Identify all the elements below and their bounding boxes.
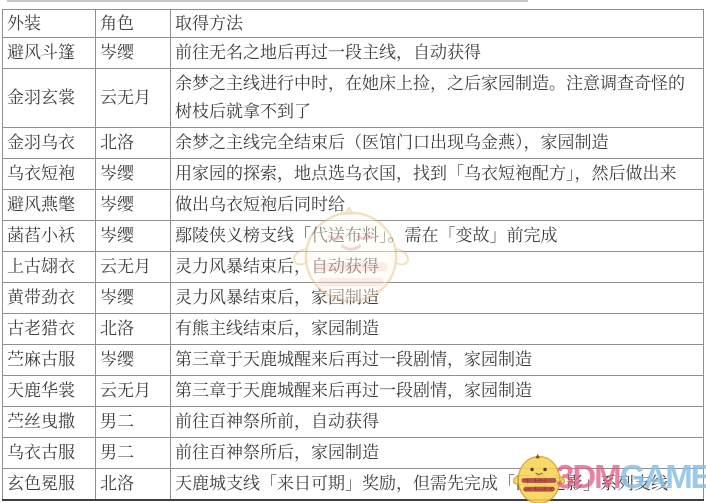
outfit-cell: 金羽乌衣 (3, 128, 96, 159)
outfit-cell: 古老猎衣 (3, 314, 96, 345)
character-cell: 北洛 (96, 128, 171, 159)
table-row: 古老猎衣 北洛 有熊主线结束后，家园制造 (3, 314, 704, 345)
table-row: 避风斗篷 岑缨 前往无名之地后再过一段主线，自动获得 (3, 38, 704, 69)
table-row: 天鹿华裳 云无月 第三章于天鹿城醒来后再过一段剧情，家园制造 (3, 376, 704, 407)
method-cell: 前往无名之地后再过一段主线，自动获得 (171, 38, 704, 69)
character-cell: 岑缨 (96, 190, 171, 221)
table-row: 金羽乌衣 北洛 余梦之主线完全结束后（医馆门口出现乌金燕），家园制造 (3, 128, 704, 159)
method-cell: 鄢陵侠义榜支线「代送布料」。需在「变故」前完成 (171, 221, 704, 252)
character-cell: 男二 (96, 438, 171, 469)
outfit-cell: 玄色冕服 (3, 469, 96, 501)
method-cell: 灵力风暴结束后，自动获得 (171, 252, 704, 283)
table-row: 避风燕氅 岑缨 做出乌衣短袍后同时给 (3, 190, 704, 221)
table-row: 上古翃衣 云无月 灵力风暴结束后，自动获得 (3, 252, 704, 283)
outfit-cell: 菡萏小袄 (3, 221, 96, 252)
table-row: 玄色冕服 北洛 天鹿城支线「来日可期」奖励，但需先完成「巨兽之影」系列支线 (3, 469, 704, 501)
outfit-cell: 金羽玄裳 (3, 69, 96, 128)
character-cell: 云无月 (96, 252, 171, 283)
table-row: 黄带劲衣 岑缨 灵力风暴结束后，家园制造 (3, 283, 704, 314)
method-cell: 有熊主线结束后，家园制造 (171, 314, 704, 345)
header-outfit: 外装 (3, 10, 96, 38)
method-cell: 前往百神祭所前，自动获得 (171, 407, 704, 438)
outfit-cell: 黄带劲衣 (3, 283, 96, 314)
page: { "table": { "columns": [ {"label": "外装"… (0, 0, 706, 503)
outfit-cell: 天鹿华裳 (3, 376, 96, 407)
method-cell: 灵力风暴结束后，家园制造 (171, 283, 704, 314)
table-row: 菡萏小袄 岑缨 鄢陵侠义榜支线「代送布料」。需在「变故」前完成 (3, 221, 704, 252)
method-cell: 前往百神祭所后，家园制造 (171, 438, 704, 469)
table-row: 乌衣短袍 岑缨 用家园的探索，地点选乌衣国，找到「乌衣短袍配方」，然后做出来 (3, 159, 704, 190)
outfit-cell: 苎麻古服 (3, 345, 96, 376)
method-cell: 第三章于天鹿城醒来后再过一段剧情，家园制造 (171, 345, 704, 376)
character-cell: 北洛 (96, 469, 171, 501)
method-cell: 第三章于天鹿城醒来后再过一段剧情，家园制造 (171, 376, 704, 407)
character-cell: 岑缨 (96, 38, 171, 69)
table-row: 金羽玄裳 云无月 余梦之主线进行中时，在她床上捡，之后家园制造。注意调查奇怪的树… (3, 69, 704, 128)
table-row: 乌衣古服 男二 前往百神祭所后，家园制造 (3, 438, 704, 469)
header-method: 取得方法 (171, 10, 704, 38)
method-cell: 做出乌衣短袍后同时给 (171, 190, 704, 221)
character-cell: 岑缨 (96, 345, 171, 376)
method-cell: 余梦之主线进行中时，在她床上捡，之后家园制造。注意调查奇怪的树枝后就拿不到了 (171, 69, 704, 128)
outfit-cell: 避风燕氅 (3, 190, 96, 221)
character-cell: 男二 (96, 407, 171, 438)
method-cell: 天鹿城支线「来日可期」奖励，但需先完成「巨兽之影」系列支线 (171, 469, 704, 501)
character-cell: 岑缨 (96, 221, 171, 252)
table-row: 苎麻古服 岑缨 第三章于天鹿城醒来后再过一段剧情，家园制造 (3, 345, 704, 376)
header-character: 角色 (96, 10, 171, 38)
character-cell: 云无月 (96, 69, 171, 128)
method-cell: 余梦之主线完全结束后（医馆门口出现乌金燕），家园制造 (171, 128, 704, 159)
character-cell: 岑缨 (96, 283, 171, 314)
table-row: 苎丝曳撒 男二 前往百神祭所前，自动获得 (3, 407, 704, 438)
outfit-cell: 乌衣古服 (3, 438, 96, 469)
outfit-guide-table: 外装 角色 取得方法 避风斗篷 岑缨 前往无名之地后再过一段主线，自动获得 金羽… (2, 9, 704, 501)
character-cell: 北洛 (96, 314, 171, 345)
outfit-cell: 避风斗篷 (3, 38, 96, 69)
table-header-row: 外装 角色 取得方法 (3, 10, 704, 38)
outfit-cell: 上古翃衣 (3, 252, 96, 283)
outfit-cell: 苎丝曳撒 (3, 407, 96, 438)
method-cell: 用家园的探索，地点选乌衣国，找到「乌衣短袍配方」，然后做出来 (171, 159, 704, 190)
character-cell: 岑缨 (96, 159, 171, 190)
top-divider-line (7, 0, 528, 2)
character-cell: 云无月 (96, 376, 171, 407)
outfit-cell: 乌衣短袍 (3, 159, 96, 190)
